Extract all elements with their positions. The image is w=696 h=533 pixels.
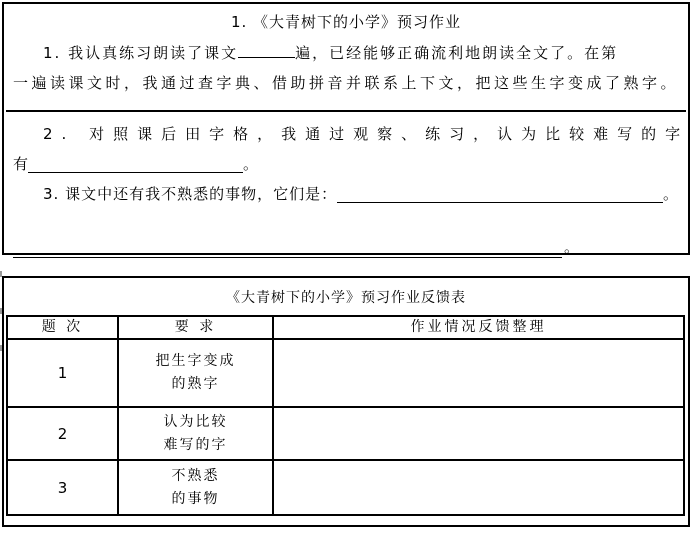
row-3-feedback-cell[interactable] [274, 461, 683, 514]
feedback-table: 题 次 要 求 作业情况反馈整理 1 把生字变成 的熟字 2 认为比较 难写的字 [6, 315, 685, 516]
row-2-feedback-cell[interactable] [274, 408, 683, 459]
worksheet-page: 1. 《大青树下的小学》预习作业 1. 我认真练习朗读了课文遍，已经能够正确流利… [0, 0, 696, 533]
row-3-requirement: 不熟悉 的事物 [119, 461, 274, 514]
preview-homework-section: 1. 《大青树下的小学》预习作业 1. 我认真练习朗读了课文遍，已经能够正确流利… [2, 2, 690, 255]
row-2-requirement: 认为比较 难写的字 [119, 408, 274, 459]
extra-writing-line-row: 。 [13, 236, 679, 258]
question-3-period: 。 [663, 179, 679, 209]
writing-line-2[interactable] [13, 240, 562, 258]
question-1-line-2: 一遍读课文时，我通过查字典、借助拼音并联系上下文，把这些生字变成了熟字。 [13, 68, 679, 98]
row-2-number: 2 [8, 408, 119, 459]
row-3-requirement-line-2: 的事物 [172, 488, 220, 511]
question-2-line-1: 2. 对照课后田字格，我通过观察、练习，认为比较难写的字 [13, 119, 679, 149]
question-3-text: 3. 课文中还有我不熟悉的事物，它们是： [43, 179, 337, 209]
row-2-requirement-line-2: 难写的字 [164, 434, 228, 457]
row-1-requirement-line-1: 把生字变成 [156, 350, 236, 373]
question-2-prefix: 有 [13, 149, 28, 179]
header-question-number: 题 次 [8, 317, 119, 338]
question-3-line: 3. 课文中还有我不熟悉的事物，它们是：。 [13, 179, 679, 209]
extra-line-period: 。 [564, 236, 579, 258]
table-row: 3 不熟悉 的事物 [8, 461, 683, 514]
header-requirement: 要 求 [119, 317, 274, 338]
header-feedback: 作业情况反馈整理 [274, 317, 683, 338]
row-1-requirement: 把生字变成 的熟字 [119, 340, 274, 406]
feedback-table-title: 《大青树下的小学》预习作业反馈表 [4, 278, 688, 315]
feedback-table-section: 《大青树下的小学》预习作业反馈表 题 次 要 求 作业情况反馈整理 1 把生字变… [2, 276, 690, 527]
fill-in-blank-q2[interactable] [28, 157, 243, 173]
row-1-feedback-cell[interactable] [274, 340, 683, 406]
writing-line-1[interactable] [6, 110, 686, 112]
row-1-requirement-line-2: 的熟字 [172, 373, 220, 396]
fill-in-blank-q1[interactable] [238, 42, 295, 58]
question-1-text-end: 遍，已经能够正确流利地朗读全文了。在第 [295, 44, 618, 62]
question-1-line-1: 1. 我认真练习朗读了课文遍，已经能够正确流利地朗读全文了。在第 [13, 38, 679, 68]
question-1-text-start: 1. 我认真练习朗读了课文 [13, 44, 238, 62]
row-3-requirement-line-1: 不熟悉 [172, 465, 220, 488]
table-row: 2 认为比较 难写的字 [8, 408, 683, 461]
feedback-table-header-row: 题 次 要 求 作业情况反馈整理 [8, 317, 683, 340]
row-2-requirement-line-1: 认为比较 [164, 411, 228, 434]
fill-in-blank-q3[interactable] [337, 187, 663, 203]
row-3-number: 3 [8, 461, 119, 514]
question-2-period: 。 [243, 149, 258, 179]
table-row: 1 把生字变成 的熟字 [8, 340, 683, 408]
row-1-number: 1 [8, 340, 119, 406]
worksheet-title: 1. 《大青树下的小学》预习作业 [13, 6, 679, 36]
question-2-line-2: 有。 [13, 149, 679, 179]
